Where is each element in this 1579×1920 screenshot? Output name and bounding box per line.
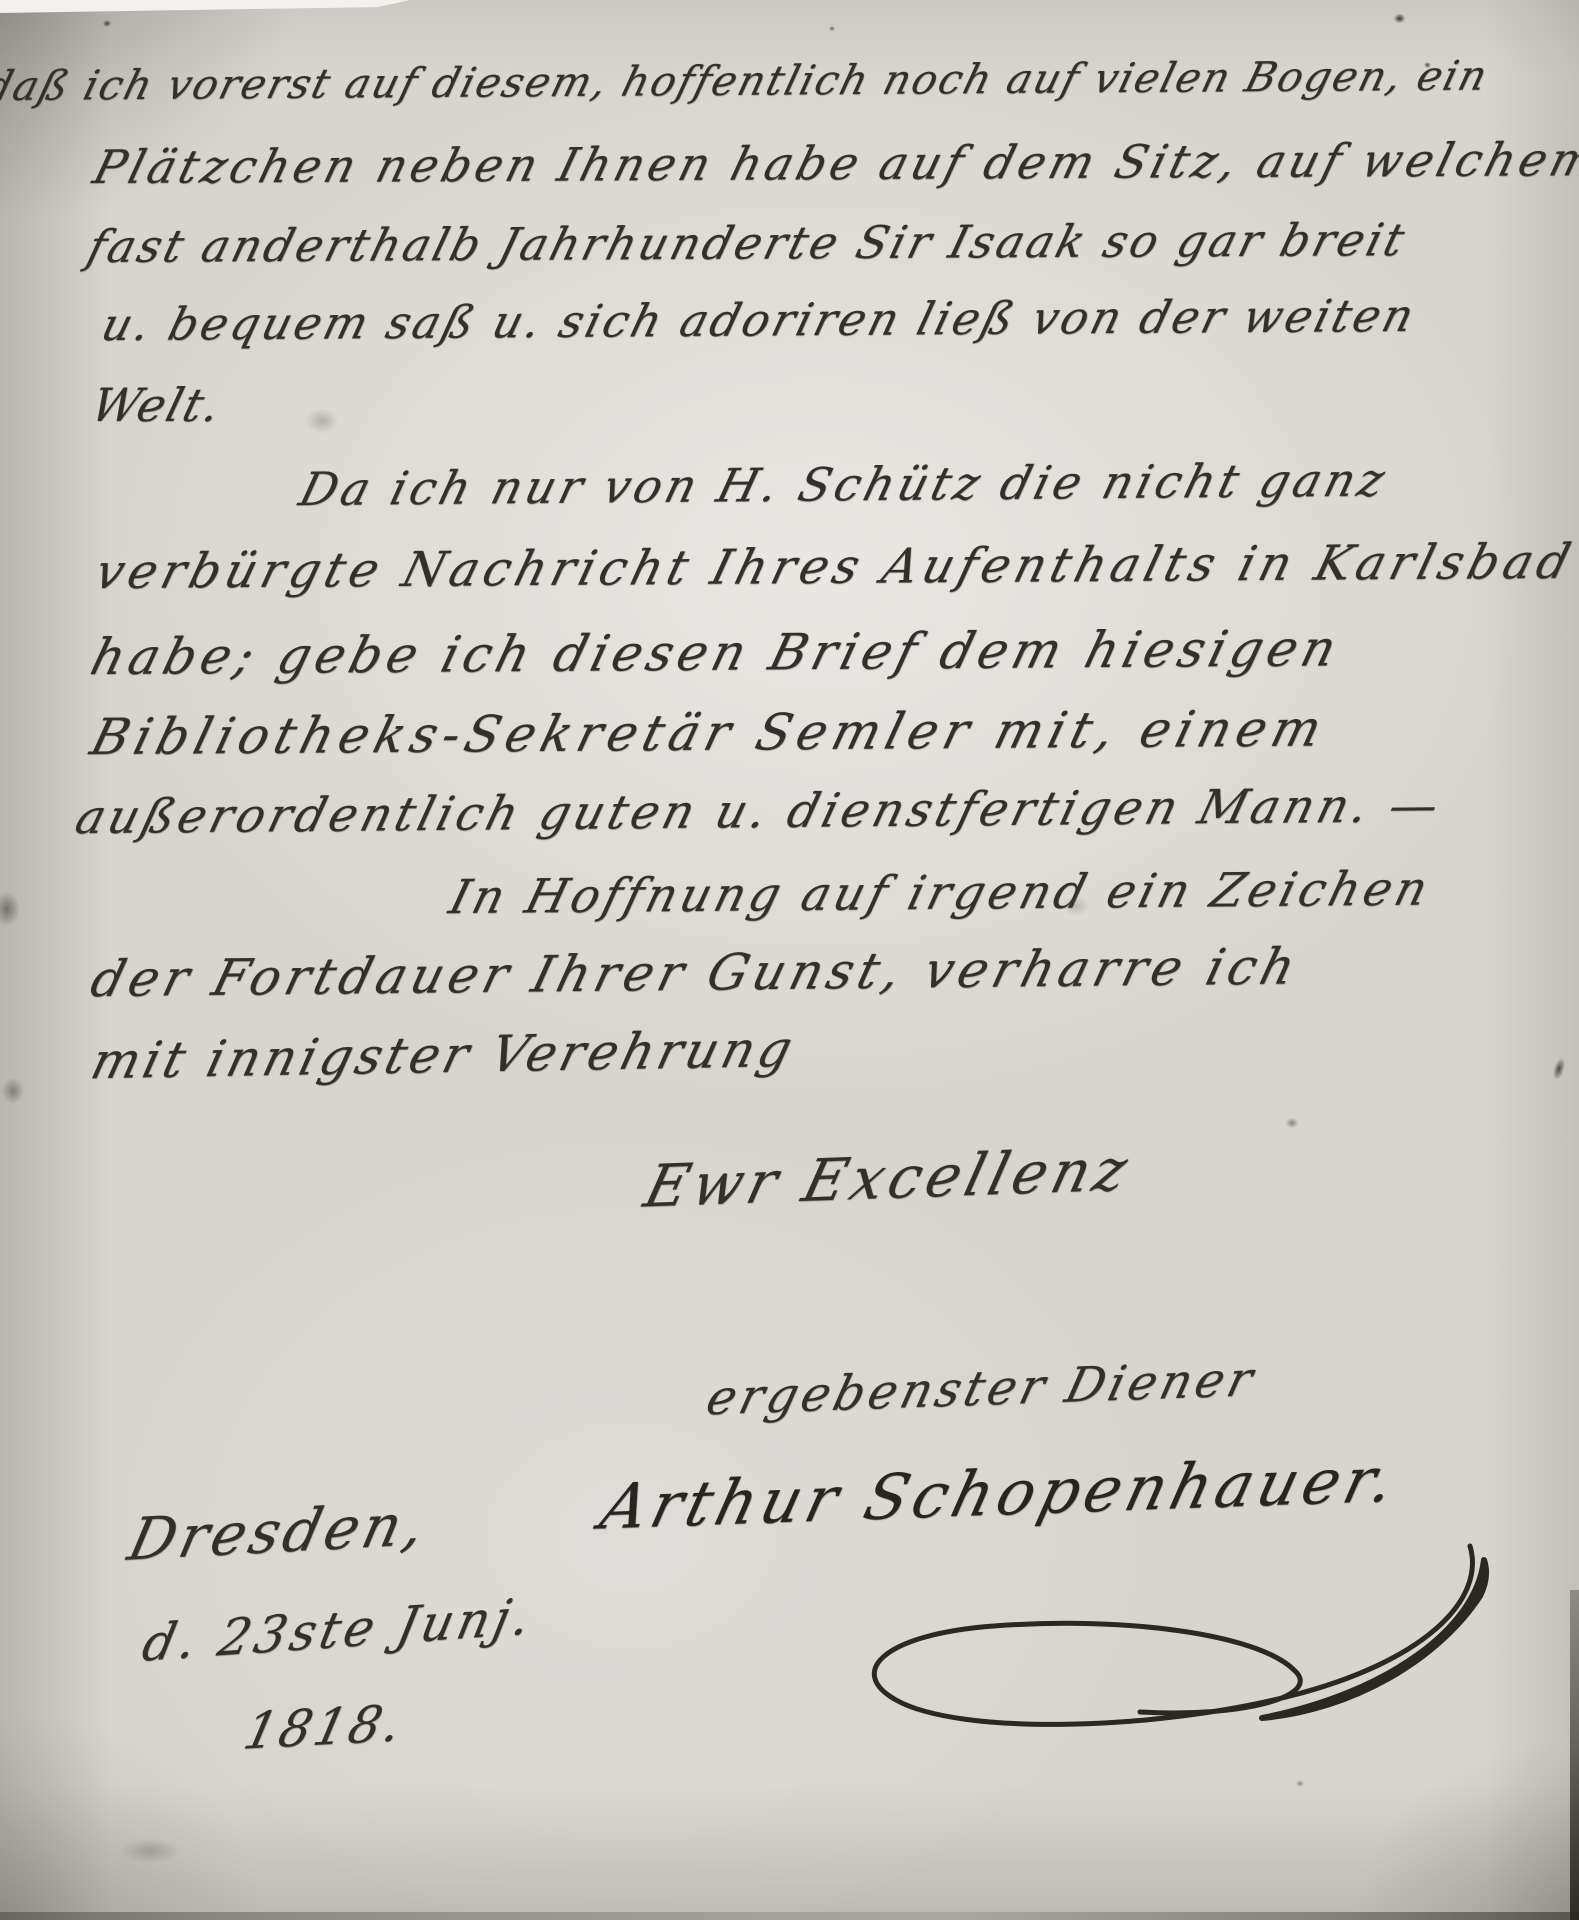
valediction-line: Ewr Excellenz <box>638 1135 1139 1221</box>
photo-edge-right <box>1570 1590 1579 1920</box>
photo-edge-top <box>0 0 410 13</box>
ink-speck <box>1296 1780 1304 1787</box>
stray-ink-mark <box>1551 1057 1567 1081</box>
dateline-year: 1818. <box>238 1694 409 1761</box>
letter-line-8: habe; gebe ich diesen Brief dem hiesigen <box>85 619 1347 686</box>
letter-line-12: der Fortdauer Ihrer Gunst, verharre ich <box>85 937 1306 1008</box>
ink-speck <box>103 20 111 27</box>
letter-line-9: Bibliotheks-Sekretär Semler mit, einem <box>85 699 1334 766</box>
letter-line-2: Plätzchen neben Ihnen habe auf dem Sitz,… <box>88 132 1579 194</box>
dateline-day: d. 23ste Junj. <box>137 1587 539 1673</box>
paper-stain <box>120 1838 180 1864</box>
signature-role-line: ergebenster Diener <box>701 1351 1262 1427</box>
paper-stain <box>305 408 339 434</box>
ink-speck <box>1394 14 1405 23</box>
letter-line-6: Da ich nur von H. Schütz die nicht ganz <box>294 453 1394 517</box>
letter-line-11: In Hoffnung auf irgend ein Zeichen <box>444 861 1437 925</box>
letter-line-4: u. bequem saß u. sich adoriren ließ von … <box>96 289 1422 351</box>
paper-stain <box>1286 1118 1298 1128</box>
letter-line-13: mit innigster Verehrung <box>85 1020 801 1091</box>
photo-edge-bottom <box>0 1912 1579 1920</box>
dateline-place: Dresden, <box>122 1489 435 1574</box>
paper-stain <box>0 892 20 926</box>
letter-line-5: Welt. <box>86 378 229 432</box>
signature-flourish <box>822 1538 1522 1748</box>
letter-line-1: daß ich vorerst auf diesem, hoffentlich … <box>0 52 1494 111</box>
ink-speck <box>829 26 835 31</box>
letter-line-3: fast anderthalb Jahrhunderte Sir Isaak s… <box>82 213 1413 273</box>
letter-line-7: verbürgte Nachricht Ihres Aufenthalts in… <box>89 534 1579 600</box>
letter-page: daß ich vorerst auf diesem, hoffentlich … <box>0 0 1579 1920</box>
paper-stain <box>2 1078 24 1104</box>
letter-line-10: außerordentlich guten u. dienstfertigen … <box>70 778 1449 845</box>
signature-name: Arthur Schopenhauer. <box>594 1442 1407 1543</box>
